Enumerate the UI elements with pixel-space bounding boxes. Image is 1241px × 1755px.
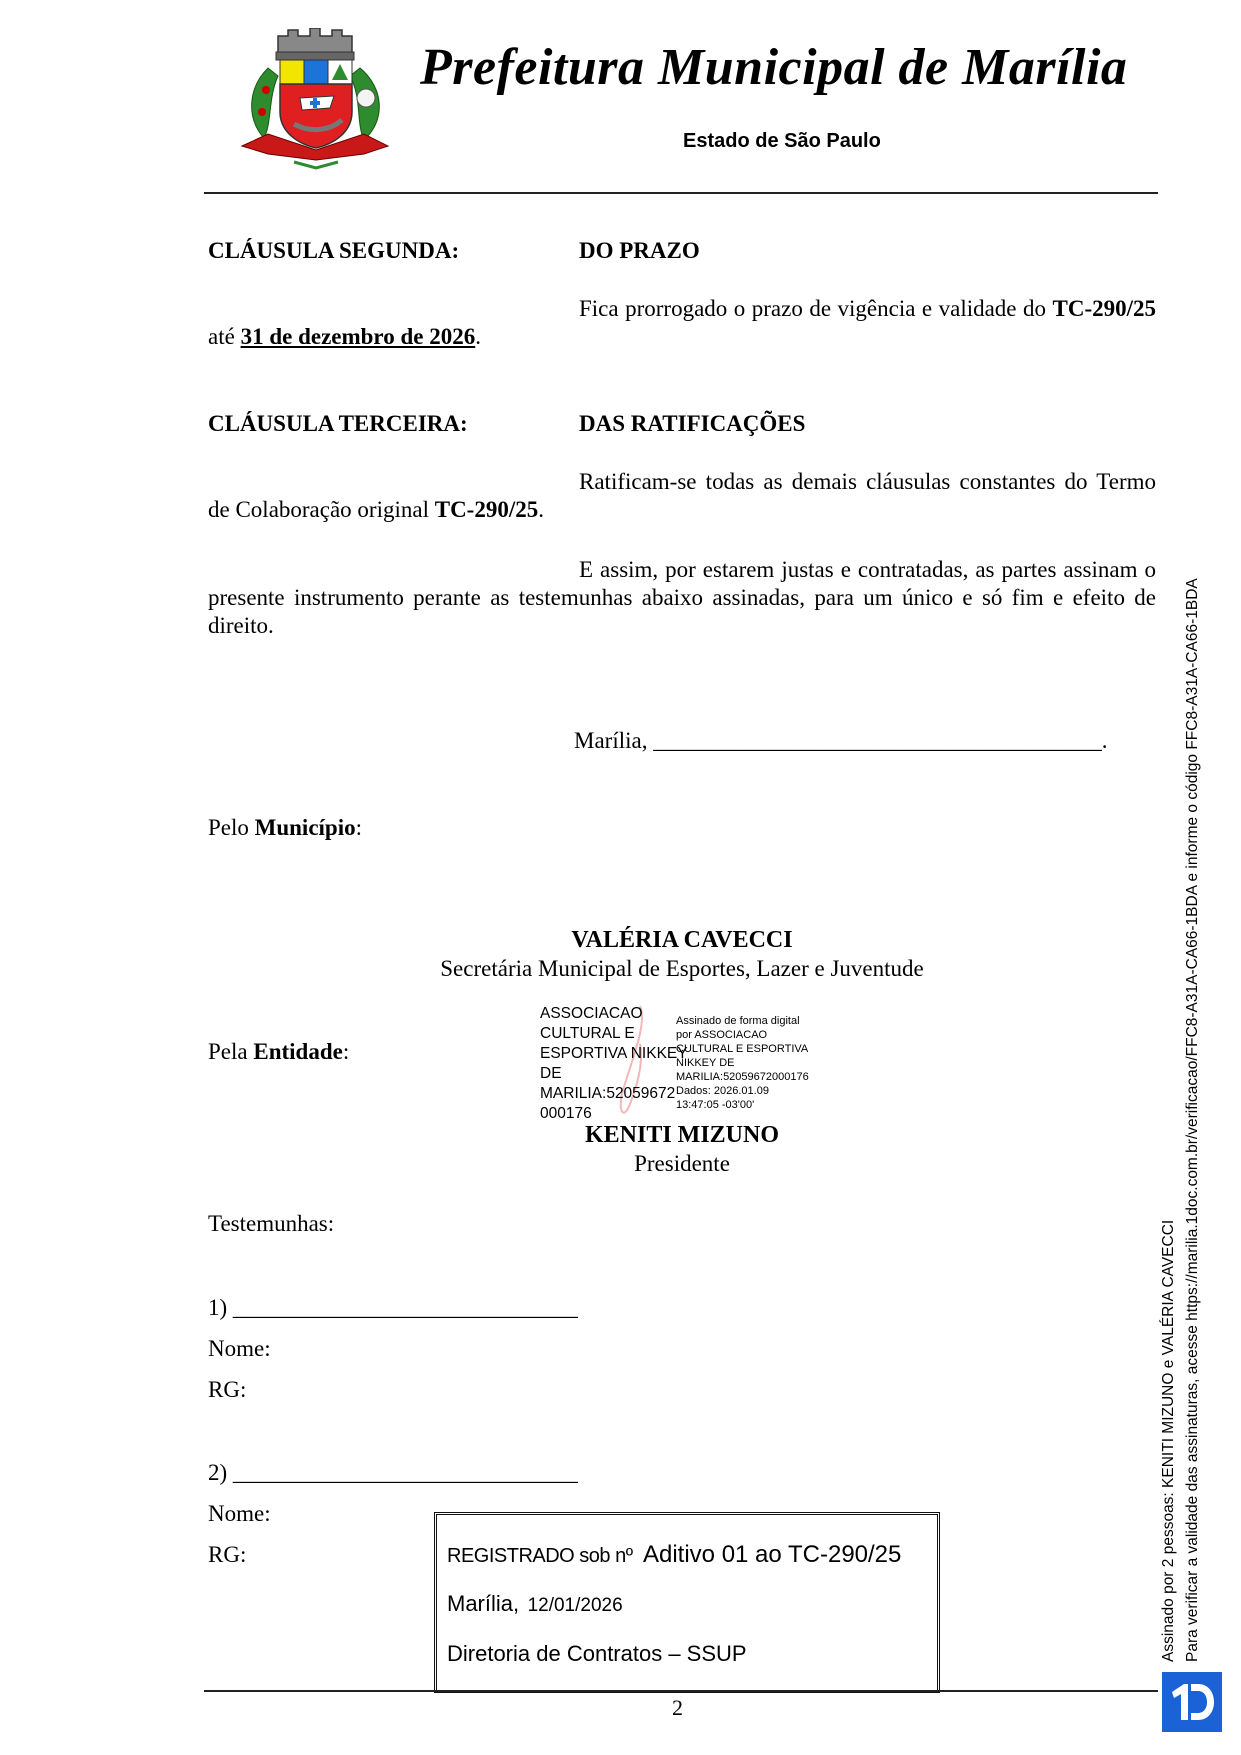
witness-1-signature-line[interactable]: 1) ______________________________ — [208, 1294, 578, 1322]
witness-2-name-label: Nome: — [208, 1500, 271, 1528]
registration-city: Marília, — [447, 1591, 519, 1616]
1doc-logo-icon — [1162, 1672, 1222, 1732]
marilia-coat-of-arms-icon — [238, 28, 390, 170]
digital-signature-subject: ASSOCIACAO CULTURAL E ESPORTIVA NIKKEY D… — [540, 1004, 690, 1124]
page-number: 2 — [672, 1694, 683, 1722]
closing-paragraph: E assim, por estarem justas e contratada… — [208, 556, 1156, 640]
digital-signature-details: Assinado de forma digital por ASSOCIACAO… — [676, 1014, 816, 1112]
clause3-heading: DAS RATIFICAÇÕES — [579, 410, 805, 438]
clause2-label: CLÁUSULA SEGUNDA: — [208, 237, 459, 265]
municipio-signer-name: VALÉRIA CAVECCI — [0, 926, 1241, 954]
clause3-label: CLÁUSULA TERCEIRA: — [208, 410, 468, 438]
place-date-line: Marília, _______________________________… — [574, 727, 1107, 755]
side-signed-by: Assinado por 2 pessoas: KENITI MIZUNO e … — [1160, 1220, 1178, 1662]
registration-date: 12/01/2026 — [528, 1595, 623, 1616]
entidade-label: Pela Entidade: — [208, 1038, 349, 1066]
entidade-signer-name: KENITI MIZUNO — [0, 1121, 1241, 1149]
clause2-heading: DO PRAZO — [579, 237, 700, 265]
witness-2-rg-label: RG: — [208, 1541, 246, 1569]
municipio-signer-role: Secretária Municipal de Esportes, Lazer … — [0, 955, 1241, 983]
witnesses-label: Testemunhas: — [208, 1210, 334, 1238]
registration-department: Diretoria de Contratos – SSUP — [447, 1641, 747, 1667]
page-subtitle: Estado de São Paulo — [683, 130, 881, 153]
municipio-label: Pelo Município: — [208, 814, 362, 842]
registration-stamp-box: REGISTRADO sob nº Aditivo 01 ao TC-290/2… — [434, 1512, 940, 1693]
witness-1-rg-label: RG: — [208, 1376, 246, 1404]
side-verify-link[interactable]: Para verificar a validade das assinatura… — [1184, 578, 1202, 1662]
clause3-paragraph: Ratificam-se todas as demais cláusulas c… — [208, 468, 1156, 524]
registration-number: Aditivo 01 ao TC-290/25 — [643, 1541, 901, 1568]
page-title: Prefeitura Municipal de Marília — [420, 38, 1127, 97]
registration-label: REGISTRADO sob nº — [447, 1545, 633, 1567]
clause2-paragraph: Fica prorrogado o prazo de vigência e va… — [208, 295, 1156, 351]
footer-divider — [204, 1690, 1158, 1692]
entidade-signer-role: Presidente — [0, 1150, 1241, 1178]
witness-2-signature-line[interactable]: 2) ______________________________ — [208, 1459, 578, 1487]
witness-1-name-label: Nome: — [208, 1335, 271, 1363]
date-blank-field[interactable]: _______________________________________ — [653, 728, 1102, 753]
header-divider — [204, 192, 1158, 194]
deadline-date: 31 de dezembro de 2026 — [241, 324, 476, 349]
